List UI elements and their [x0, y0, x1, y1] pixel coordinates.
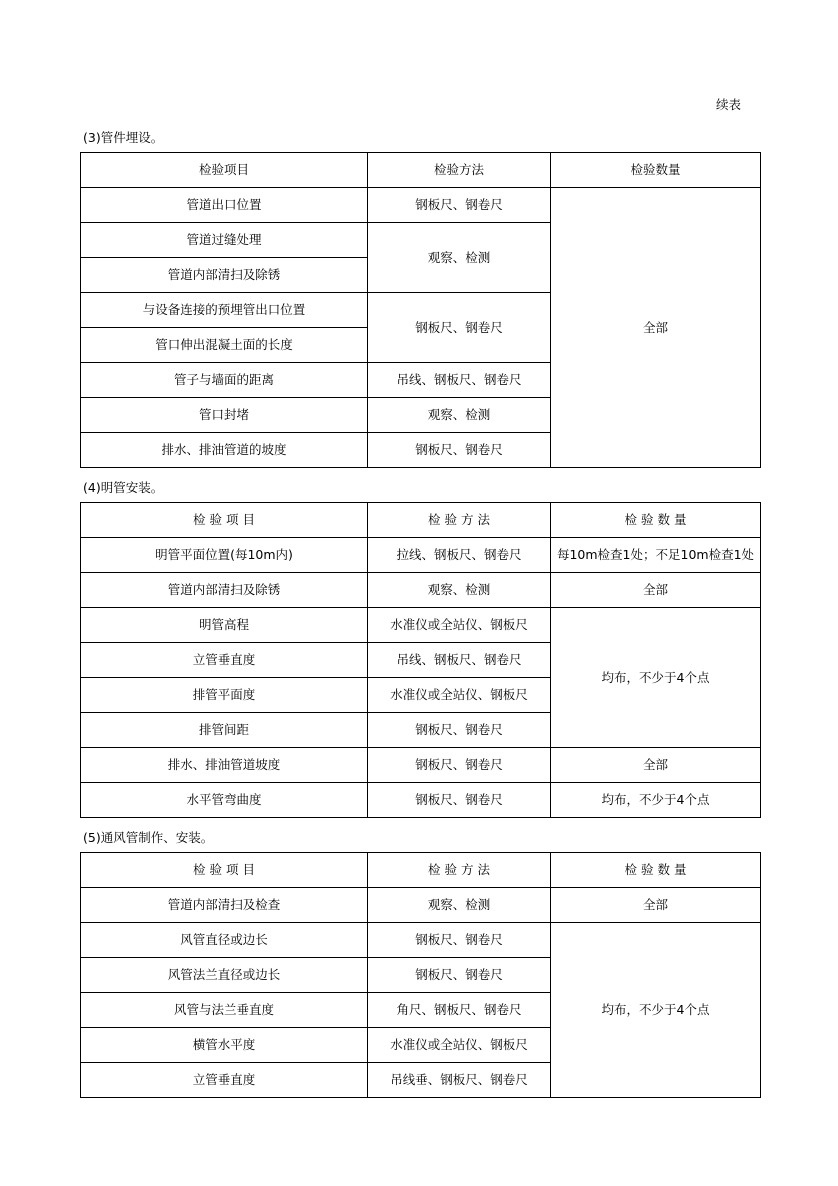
table-row: 排水、排油管道坡度 钢板尺、钢卷尺 全部	[81, 748, 761, 783]
cell-method: 拉线、钢板尺、钢卷尺	[368, 538, 551, 573]
cell-item: 管道内部清扫及除锈	[81, 573, 368, 608]
cell-item: 与设备连接的预埋管出口位置	[81, 293, 368, 328]
cell-method: 钢板尺、钢卷尺	[368, 748, 551, 783]
cell-quantity: 均布，不少于4个点	[551, 923, 761, 1098]
cell-item: 排管平面度	[81, 678, 368, 713]
cell-method: 钢板尺、钢卷尺	[368, 293, 551, 363]
cell-method: 水准仪或全站仪、钢板尺	[368, 678, 551, 713]
cell-method: 水准仪或全站仪、钢板尺	[368, 608, 551, 643]
cell-item: 水平管弯曲度	[81, 783, 368, 818]
cell-quantity: 全部	[551, 188, 761, 468]
cell-item: 风管法兰直径或边长	[81, 958, 368, 993]
cell-quantity: 均布，不少于4个点	[551, 783, 761, 818]
cell-item: 明管高程	[81, 608, 368, 643]
cell-item: 立管垂直度	[81, 1063, 368, 1098]
cell-method: 钢板尺、钢卷尺	[368, 433, 551, 468]
cell-item: 管口封堵	[81, 398, 368, 433]
cell-method: 吊线垂、钢板尺、钢卷尺	[368, 1063, 551, 1098]
header-quantity: 检 验 数 量	[551, 853, 761, 888]
cell-method: 钢板尺、钢卷尺	[368, 783, 551, 818]
header-item: 检 验 项 目	[81, 853, 368, 888]
cell-item: 管道内部清扫及检查	[81, 888, 368, 923]
header-quantity: 检验数量	[551, 153, 761, 188]
cell-item: 管口伸出混凝土面的长度	[81, 328, 368, 363]
cell-method: 钢板尺、钢卷尺	[368, 923, 551, 958]
table-row: 风管直径或边长 钢板尺、钢卷尺 均布，不少于4个点	[81, 923, 761, 958]
cell-item: 风管与法兰垂直度	[81, 993, 368, 1028]
cell-method: 角尺、钢板尺、钢卷尺	[368, 993, 551, 1028]
header-item: 检验项目	[81, 153, 368, 188]
section-title-pipe-embedding: (3)管件埋设。	[83, 128, 163, 146]
table-row: 管道出口位置 钢板尺、钢卷尺 全部	[81, 188, 761, 223]
cell-quantity: 全部	[551, 888, 761, 923]
cell-item: 排管间距	[81, 713, 368, 748]
cell-item: 排水、排油管道坡度	[81, 748, 368, 783]
cell-method: 钢板尺、钢卷尺	[368, 188, 551, 223]
section-title-exposed-pipe: (4)明管安装。	[83, 478, 163, 496]
continued-label: 续表	[716, 95, 741, 113]
cell-item: 管子与墙面的距离	[81, 363, 368, 398]
table-row: 管道内部清扫及检查 观察、检测 全部	[81, 888, 761, 923]
cell-item: 横管水平度	[81, 1028, 368, 1063]
cell-method: 吊线、钢板尺、钢卷尺	[368, 363, 551, 398]
section-title-ventilation-duct: (5)通风管制作、安装。	[83, 828, 213, 846]
table-row: 管道内部清扫及除锈 观察、检测 全部	[81, 573, 761, 608]
table-row: 明管高程 水准仪或全站仪、钢板尺 均布，不少于4个点	[81, 608, 761, 643]
table-header-row: 检 验 项 目 检 验 方 法 检 验 数 量	[81, 503, 761, 538]
cell-method: 吊线、钢板尺、钢卷尺	[368, 643, 551, 678]
table-row: 明管平面位置(每10m内) 拉线、钢板尺、钢卷尺 每10m检查1处；不足10m检…	[81, 538, 761, 573]
cell-method: 观察、检测	[368, 573, 551, 608]
cell-quantity: 每10m检查1处；不足10m检查1处	[551, 538, 761, 573]
table-row: 水平管弯曲度 钢板尺、钢卷尺 均布，不少于4个点	[81, 783, 761, 818]
header-method: 检验方法	[368, 153, 551, 188]
cell-quantity: 均布，不少于4个点	[551, 608, 761, 748]
header-method: 检 验 方 法	[368, 503, 551, 538]
table-exposed-pipe: 检 验 项 目 检 验 方 法 检 验 数 量 明管平面位置(每10m内) 拉线…	[80, 502, 761, 818]
cell-item: 风管直径或边长	[81, 923, 368, 958]
cell-item: 管道过缝处理	[81, 223, 368, 258]
cell-method: 钢板尺、钢卷尺	[368, 958, 551, 993]
cell-method: 钢板尺、钢卷尺	[368, 713, 551, 748]
cell-item: 管道出口位置	[81, 188, 368, 223]
cell-item: 明管平面位置(每10m内)	[81, 538, 368, 573]
header-item: 检 验 项 目	[81, 503, 368, 538]
cell-quantity: 全部	[551, 573, 761, 608]
cell-method: 观察、检测	[368, 398, 551, 433]
cell-quantity: 全部	[551, 748, 761, 783]
document-page: 续表 (3)管件埋设。 检验项目 检验方法 检验数量 管道出口位置 钢板尺、钢卷…	[0, 0, 838, 1186]
table-ventilation-duct: 检 验 项 目 检 验 方 法 检 验 数 量 管道内部清扫及检查 观察、检测 …	[80, 852, 761, 1098]
table-header-row: 检 验 项 目 检 验 方 法 检 验 数 量	[81, 853, 761, 888]
cell-method: 水准仪或全站仪、钢板尺	[368, 1028, 551, 1063]
table-pipe-embedding: 检验项目 检验方法 检验数量 管道出口位置 钢板尺、钢卷尺 全部 管道过缝处理 …	[80, 152, 761, 468]
cell-item: 排水、排油管道的坡度	[81, 433, 368, 468]
header-quantity: 检 验 数 量	[551, 503, 761, 538]
cell-method: 观察、检测	[368, 223, 551, 293]
header-method: 检 验 方 法	[368, 853, 551, 888]
cell-item: 管道内部清扫及除锈	[81, 258, 368, 293]
cell-method: 观察、检测	[368, 888, 551, 923]
table-header-row: 检验项目 检验方法 检验数量	[81, 153, 761, 188]
cell-item: 立管垂直度	[81, 643, 368, 678]
